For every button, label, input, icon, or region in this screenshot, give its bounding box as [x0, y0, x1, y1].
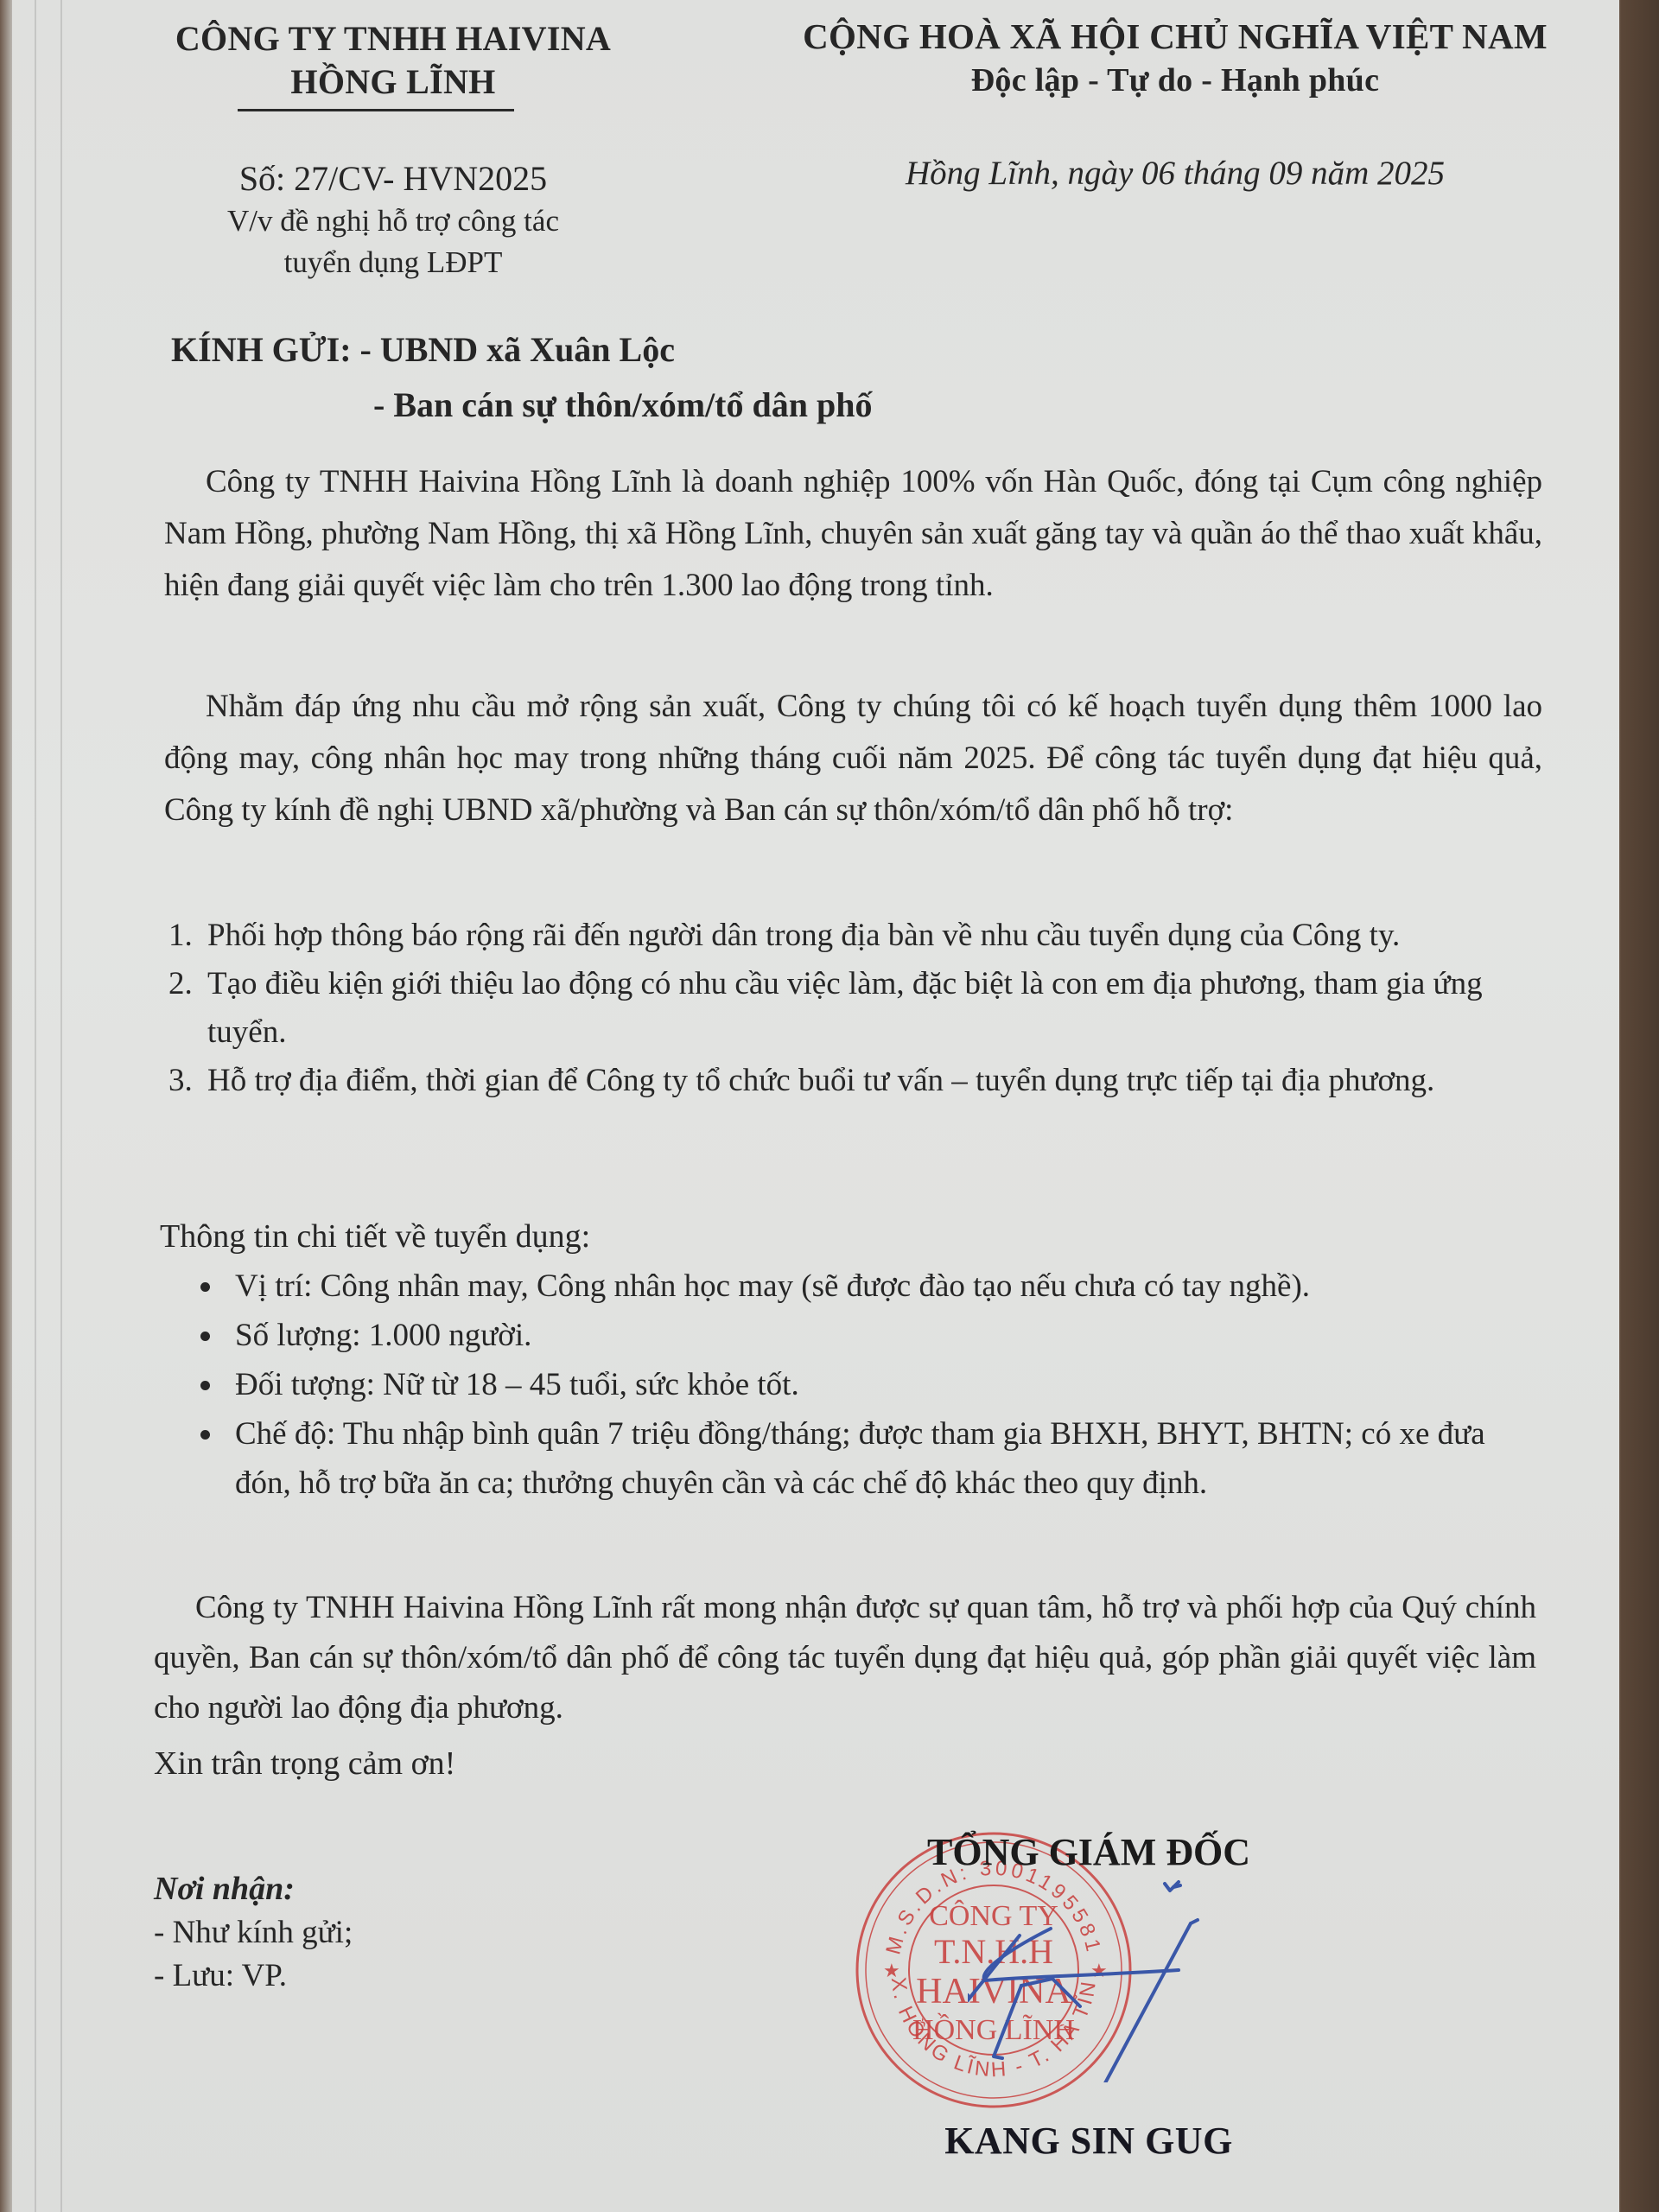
thanks-line: Xin trân trọng cảm ơn! [154, 1738, 455, 1789]
document-number: Số: 27/CV- HVN2025 [130, 157, 657, 200]
document-subject-line1: V/v đề nghị hỗ trợ công tác [130, 200, 657, 242]
closing-paragraph: Công ty TNHH Haivina Hồng Lĩnh rất mong … [154, 1583, 1536, 1733]
handwritten-signature [968, 1875, 1244, 2082]
company-name-line2: HỒNG LĨNH [138, 60, 648, 104]
request-paragraph: Nhằm đáp ứng nhu cầu mở rộng sản xuất, C… [164, 681, 1542, 836]
document-reference: Số: 27/CV- HVN2025 V/v đề nghị hỗ trợ cô… [130, 157, 657, 283]
distribution-item: - Như kính gửi; [154, 1911, 353, 1955]
nation-title: CỘNG HOÀ XÃ HỘI CHỦ NGHĨA VIỆT NAM [760, 14, 1590, 59]
distribution-item: - Lưu: VP. [154, 1955, 353, 1998]
recipient-line2: - Ban cán sự thôn/xóm/tổ dân phố [373, 384, 872, 427]
place-and-date: Hồng Lĩnh, ngày 06 tháng 09 năm 2025 [760, 154, 1590, 193]
request-list: Phối hợp thông báo rộng rãi đến người dâ… [157, 912, 1540, 1105]
detail-item-target: Đối tượng: Nữ từ 18 – 45 tuổi, sức khỏe … [225, 1360, 1547, 1409]
nation-motto: Độc lập - Tự do - Hạnh phúc [760, 59, 1590, 102]
distribution-block: Nơi nhận: - Như kính gửi; - Lưu: VP. [154, 1866, 353, 1998]
page-edge-shadow [60, 0, 62, 2212]
details-heading: Thông tin chi tiết về tuyển dụng: [160, 1211, 590, 1262]
intro-paragraph: Công ty TNHH Haivina Hồng Lĩnh là doanh … [164, 456, 1542, 612]
company-header: CÔNG TY TNHH HAIVINA HỒNG LĨNH [138, 17, 648, 104]
request-item: Tạo điều kiện giới thiệu lao động có nhu… [200, 960, 1540, 1057]
page-edge-shadow [35, 0, 36, 2212]
detail-item-position: Vị trí: Công nhân may, Công nhân học may… [225, 1262, 1547, 1311]
svg-text:★: ★ [883, 1960, 900, 1981]
signer-name: KANG SIN GUG [899, 2119, 1279, 2163]
request-item: Phối hợp thông báo rộng rãi đến người dâ… [200, 912, 1540, 960]
detail-item-benefits: Chế độ: Thu nhập bình quân 7 triệu đồng/… [225, 1409, 1547, 1508]
signer-title: TỔNG GIÁM ĐỐC [899, 1830, 1279, 1874]
detail-item-quantity: Số lượng: 1.000 người. [225, 1311, 1547, 1360]
recipient-line1: KÍNH GỬI: - UBND xã Xuân Lộc [171, 328, 675, 372]
distribution-label: Nơi nhận: [154, 1866, 353, 1911]
document-subject-line2: tuyển dụng LĐPT [130, 242, 657, 283]
company-underline [238, 109, 514, 111]
national-header: CỘNG HOÀ XÃ HỘI CHỦ NGHĨA VIỆT NAM Độc l… [760, 14, 1590, 102]
company-name-line1: CÔNG TY TNHH HAIVINA [138, 17, 648, 60]
details-list: Vị trí: Công nhân may, Công nhân học may… [130, 1262, 1547, 1508]
request-item: Hỗ trợ địa điểm, thời gian để Công ty tổ… [200, 1057, 1540, 1105]
